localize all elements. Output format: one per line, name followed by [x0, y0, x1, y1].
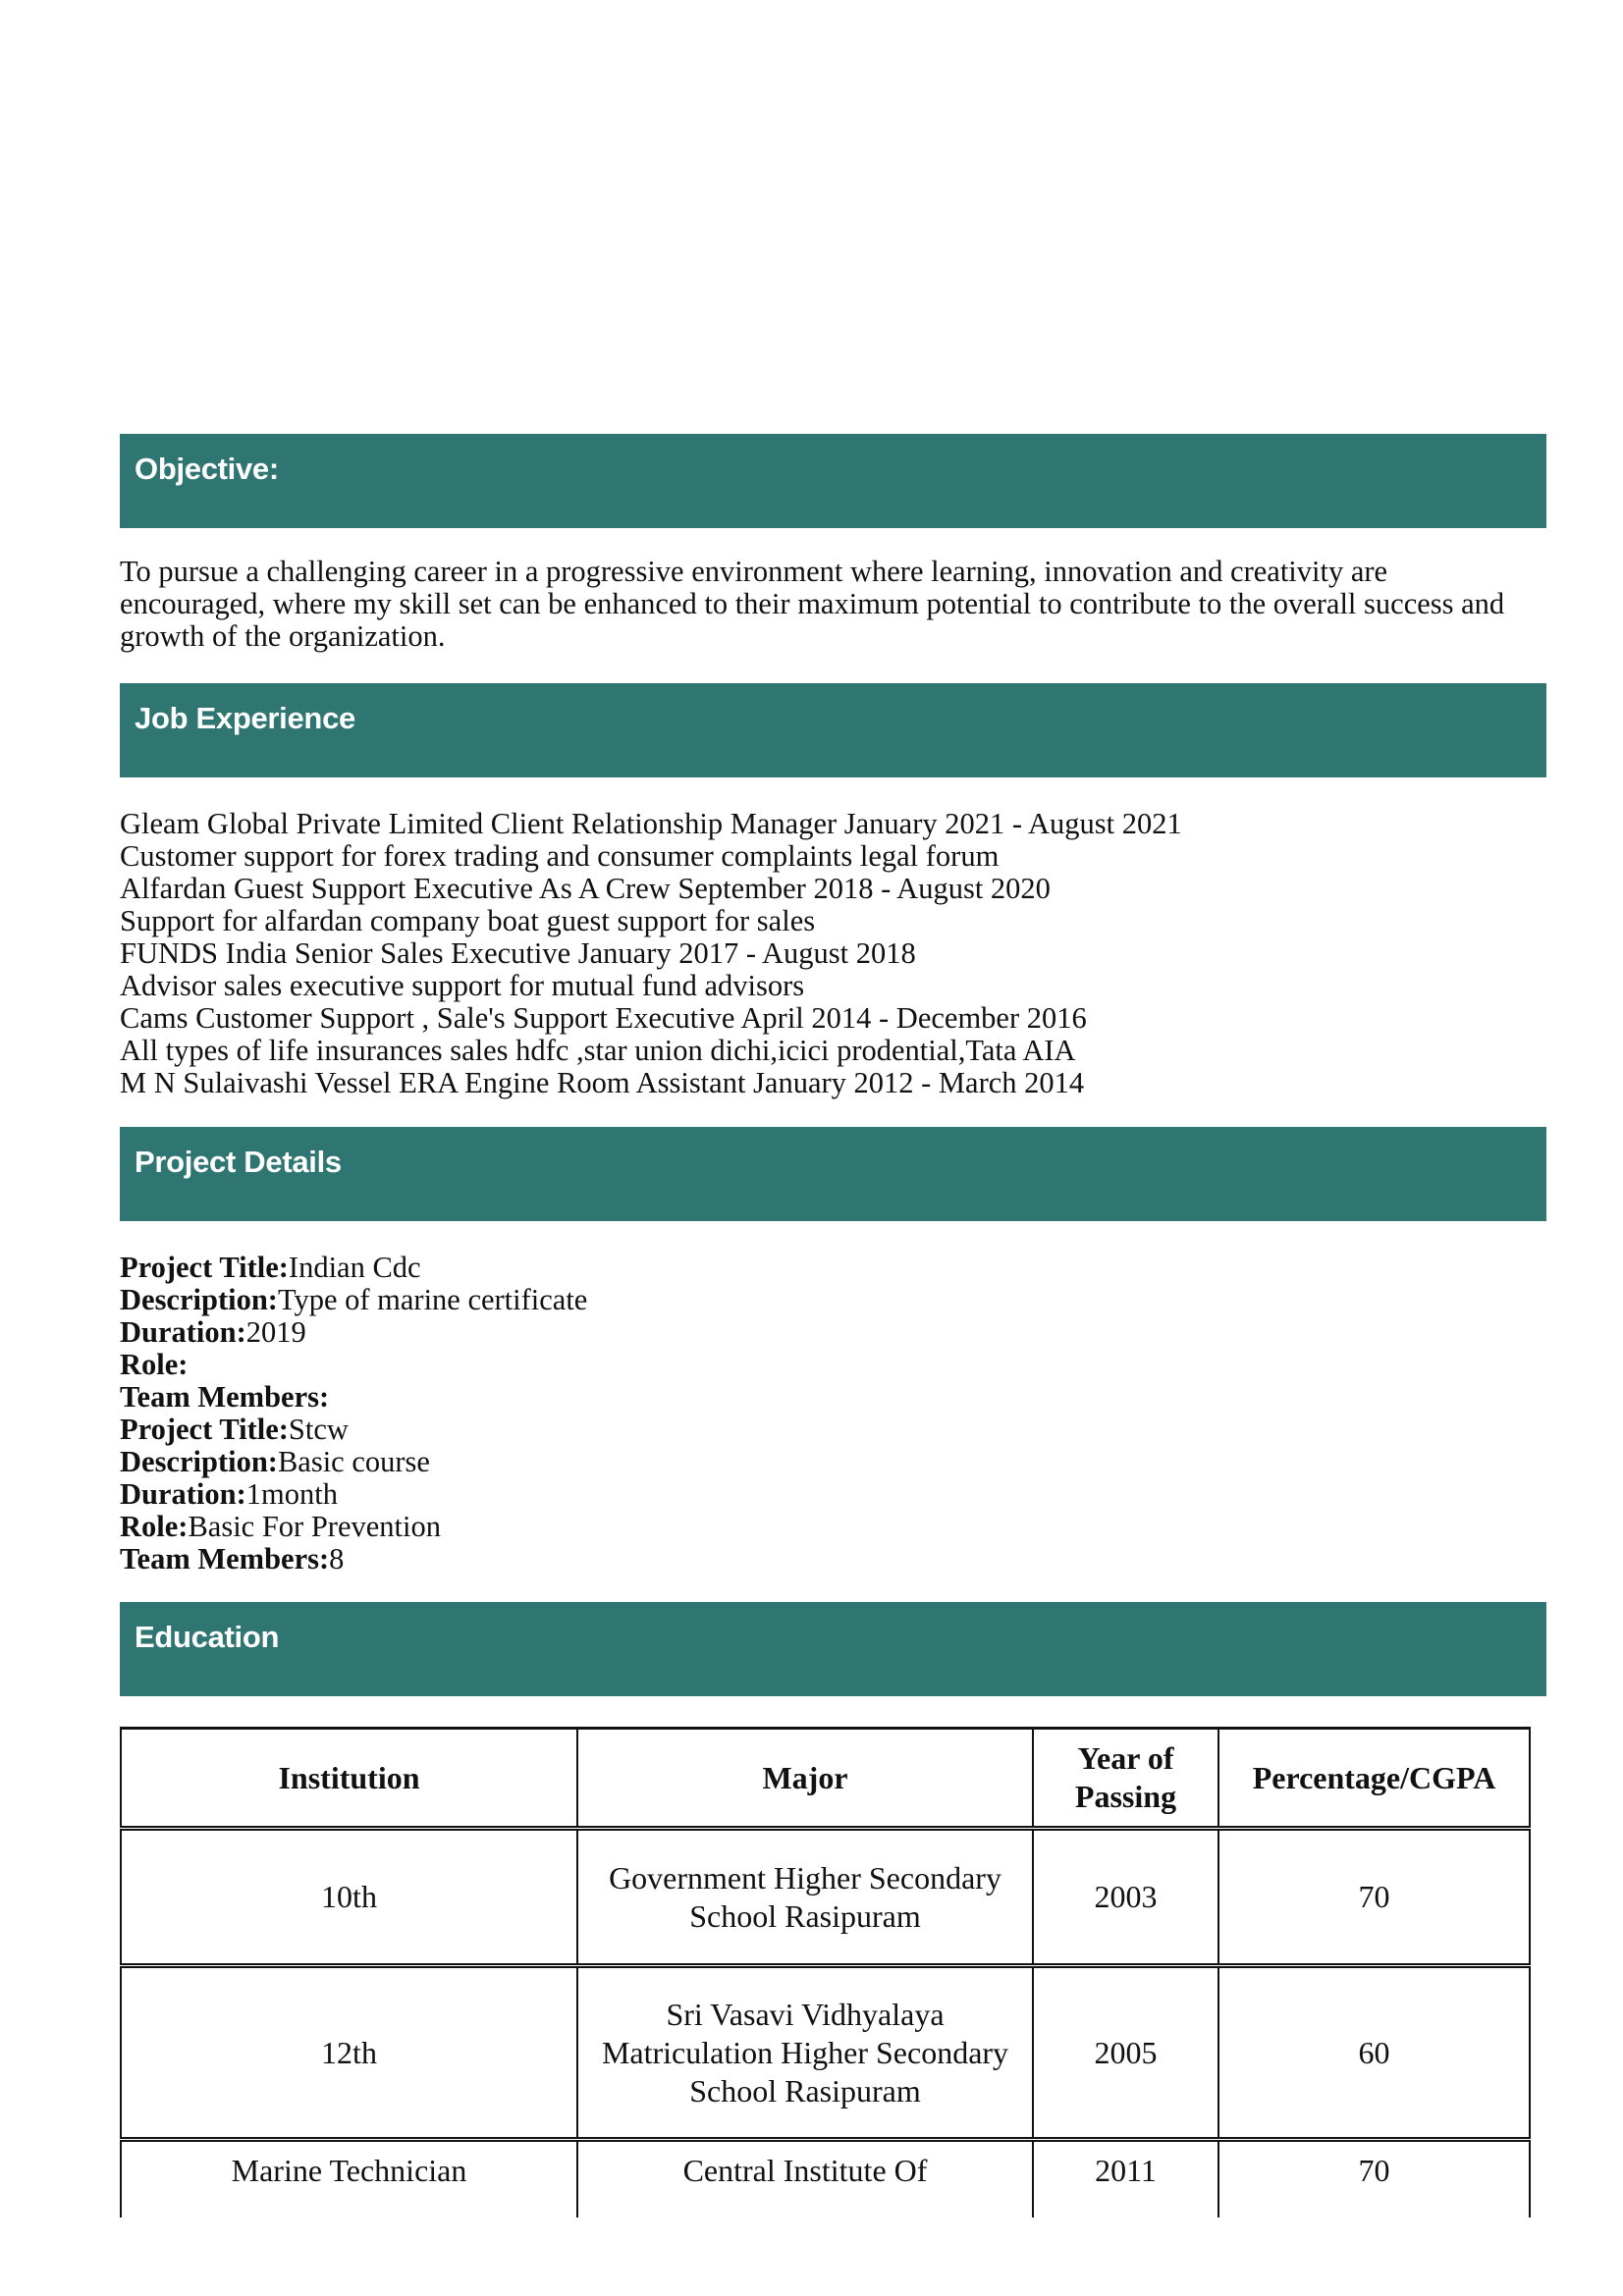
job-line: All types of life insurances sales hdfc …	[120, 1035, 1534, 1067]
education-title: Education	[135, 1620, 279, 1654]
column-header-major: Major	[577, 1729, 1033, 1829]
job-line: Support for alfardan company boat guest …	[120, 905, 1534, 937]
table-row: Marine Technician Central Institute Of 2…	[121, 2140, 1530, 2225]
project-field: Role:Basic For Prevention	[120, 1511, 1534, 1543]
job-line: Gleam Global Private Limited Client Rela…	[120, 808, 1534, 840]
project-field: Description:Type of marine certificate	[120, 1284, 1534, 1316]
project-field: Duration:2019	[120, 1316, 1534, 1349]
cell-institution: 12th	[121, 1966, 577, 2140]
cell-major: Government Higher Secondary School Rasip…	[577, 1829, 1033, 1966]
cell-year: 2011	[1033, 2140, 1218, 2225]
education-header: Education	[120, 1602, 1546, 1696]
cell-year: 2003	[1033, 1829, 1218, 1966]
job-line: Advisor sales executive support for mutu…	[120, 970, 1534, 1002]
job-line: Alfardan Guest Support Executive As A Cr…	[120, 873, 1534, 905]
cell-major: Sri Vasavi Vidhyalaya Matriculation High…	[577, 1966, 1033, 2140]
job-experience-header: Job Experience	[120, 683, 1546, 777]
column-header-score: Percentage/CGPA	[1218, 1729, 1530, 1829]
job-line: Customer support for forex trading and c…	[120, 840, 1534, 873]
objective-text: To pursue a challenging career in a prog…	[120, 556, 1519, 653]
project-field: Team Members:	[120, 1381, 1534, 1414]
project-details-list: Project Title:Indian Cdc Description:Typ…	[120, 1252, 1534, 1575]
job-line: M N Sulaivashi Vessel ERA Engine Room As…	[120, 1067, 1534, 1099]
education-table-header: Institution Major Year of Passing Percen…	[121, 1729, 1530, 1829]
job-experience-title: Job Experience	[135, 701, 355, 735]
cell-institution: 10th	[121, 1829, 577, 1966]
project-field: Role:	[120, 1349, 1534, 1381]
job-line: Cams Customer Support , Sale's Support E…	[120, 1002, 1534, 1035]
education-table: Institution Major Year of Passing Percen…	[120, 1727, 1531, 2224]
cell-score: 60	[1218, 1966, 1530, 2140]
cell-score: 70	[1218, 1829, 1530, 1966]
job-experience-list: Gleam Global Private Limited Client Rela…	[120, 808, 1534, 1099]
objective-title: Objective:	[135, 452, 279, 486]
project-details-header: Project Details	[120, 1127, 1546, 1221]
cell-institution: Marine Technician	[121, 2140, 577, 2225]
objective-header: Objective:	[120, 434, 1546, 528]
project-field: Duration:1month	[120, 1478, 1534, 1511]
cell-score: 70	[1218, 2140, 1530, 2225]
table-row: 12th Sri Vasavi Vidhyalaya Matriculation…	[121, 1966, 1530, 2140]
project-details-title: Project Details	[135, 1145, 342, 1179]
cell-year: 2005	[1033, 1966, 1218, 2140]
project-field: Description:Basic course	[120, 1446, 1534, 1478]
project-field: Project Title:Stcw	[120, 1414, 1534, 1446]
resume-page: Objective: To pursue a challenging caree…	[0, 0, 1623, 2296]
job-line: FUNDS India Senior Sales Executive Janua…	[120, 937, 1534, 970]
page-bottom-margin	[0, 2217, 1623, 2296]
cell-major: Central Institute Of	[577, 2140, 1033, 2225]
project-field: Project Title:Indian Cdc	[120, 1252, 1534, 1284]
project-field: Team Members:8	[120, 1543, 1534, 1575]
column-header-institution: Institution	[121, 1729, 577, 1829]
table-row: 10th Government Higher Secondary School …	[121, 1829, 1530, 1966]
column-header-year: Year of Passing	[1033, 1729, 1218, 1829]
